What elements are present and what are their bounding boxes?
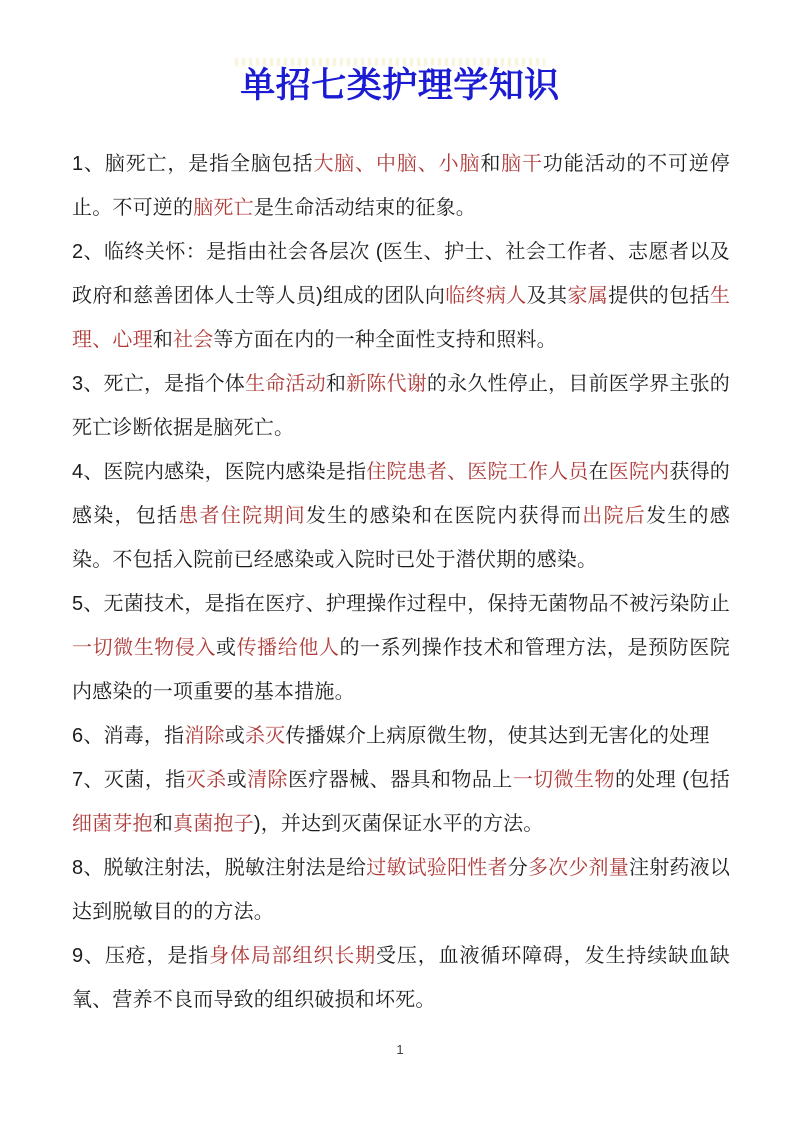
text-segment: 及其 [527,285,568,307]
page-title: 单招七类护理学知识 [0,64,800,108]
text-segment: 1、脑死亡，是指全脑包括 [72,153,313,175]
text-segment: 6、消毒，指 [72,725,184,747]
highlighted-term: 身体局部组织长期 [209,945,376,967]
definition-paragraph: 3、死亡，是指个体生命活动和新陈代谢的永久性停止，目前医学界主张的死亡诊断依据是… [72,362,730,450]
highlighted-term: 真菌抱子 [173,813,254,835]
text-segment: 或 [227,769,247,791]
highlighted-term: 一切微生物侵入 [72,637,216,659]
text-segment: 和 [326,373,346,395]
text-segment: 或 [216,637,237,659]
highlighted-term: 脑死亡 [193,197,254,219]
highlighted-term: 大脑、中脑、小脑 [313,153,480,175]
highlighted-term: 过敏试验阳性者 [366,857,507,879]
highlighted-term: 消除 [184,725,224,747]
highlighted-term: 一切微生物 [513,769,615,791]
text-segment: 分 [508,857,528,879]
text-segment: 3、死亡，是指个体 [72,373,245,395]
highlighted-term: 医院内 [609,461,670,483]
text-segment: 或 [225,725,245,747]
text-segment: 8、脱敏注射法，脱敏注射法是给 [72,857,366,879]
highlighted-term: 生命活动 [245,373,326,395]
text-segment: 和 [153,329,173,351]
highlighted-term: 清除 [247,769,288,791]
text-segment: 和 [153,813,173,835]
definition-paragraph: 8、脱敏注射法，脱敏注射法是给过敏试验阳性者分多次少剂量注射药液以达到脱敏目的的… [72,846,730,934]
definition-paragraph: 6、消毒，指消除或杀灭传播媒介上病原微生物，使其达到无害化的处理 [72,714,730,758]
definition-paragraph: 5、无菌技术，是指在医疗、护理操作过程中，保持无菌物品不被污染防止一切微生物侵入… [72,582,730,714]
definition-paragraph: 2、临终关怀：是指由社会各层次 (医生、护士、社会工作者、志愿者以及政府和慈善团… [72,230,730,362]
text-segment: 5、无菌技术，是指在医疗、护理操作过程中，保持无菌物品不被污染防止 [72,593,730,615]
text-segment: 和 [480,153,501,175]
highlighted-term: 住院患者、医院工作人员 [366,461,588,483]
text-segment: 在 [589,461,609,483]
highlighted-term: 灭杀 [186,769,227,791]
highlighted-term: 多次少剂量 [528,857,629,879]
highlighted-term: 患者住院期间 [178,505,306,527]
text-segment: 等方面在内的一种全面性支持和照料。 [213,329,556,351]
highlighted-term: 社会 [173,329,213,351]
highlighted-term: 杀灭 [245,725,285,747]
highlighted-term: 家属 [567,285,608,307]
text-segment: )，并达到灭菌保证水平的方法。 [254,813,544,835]
document-page: 单招七类护理学知识 1、脑死亡，是指全脑包括大脑、中脑、小脑和脑干功能活动的不可… [0,0,800,1131]
text-segment: 9、压疮，是指 [72,945,209,967]
text-segment: 医疗器械、器具和物品上 [288,769,513,791]
text-segment: 提供的包括 [608,285,710,307]
text-segment: 传播媒介上病原微生物，使其达到无害化的处理 [285,725,709,747]
definition-paragraph: 9、压疮，是指身体局部组织长期受压，血液循环障碍，发生持续缺血缺氧、营养不良而导… [72,934,730,1022]
text-segment: 发生的感染和在医院内获得而 [306,505,582,527]
definition-paragraph: 1、脑死亡，是指全脑包括大脑、中脑、小脑和脑干功能活动的不可逆停止。不可逆的脑死… [72,142,730,230]
faint-watermark [235,58,545,66]
highlighted-term: 细菌芽抱 [72,813,153,835]
text-segment: 4、医院内感染，医院内感染是指 [72,461,366,483]
definitions-list: 1、脑死亡，是指全脑包括大脑、中脑、小脑和脑干功能活动的不可逆停止。不可逆的脑死… [72,142,730,1022]
highlighted-term: 出院后 [582,505,646,527]
page-number: 1 [0,1042,800,1057]
text-segment: 7、灭菌，指 [72,769,186,791]
highlighted-term: 脑干 [501,153,543,175]
highlighted-term: 临终病人 [445,285,526,307]
text-segment: 是生命活动结束的征象。 [254,197,476,219]
highlighted-term: 新陈代谢 [346,373,427,395]
text-segment: 的处理 (包括 [615,769,730,791]
highlighted-term: 传播给他人 [237,637,340,659]
definition-paragraph: 7、灭菌，指灭杀或清除医疗器械、器具和物品上一切微生物的处理 (包括细菌芽抱和真… [72,758,730,846]
definition-paragraph: 4、医院内感染，医院内感染是指住院患者、医院工作人员在医院内获得的感染，包括患者… [72,450,730,582]
